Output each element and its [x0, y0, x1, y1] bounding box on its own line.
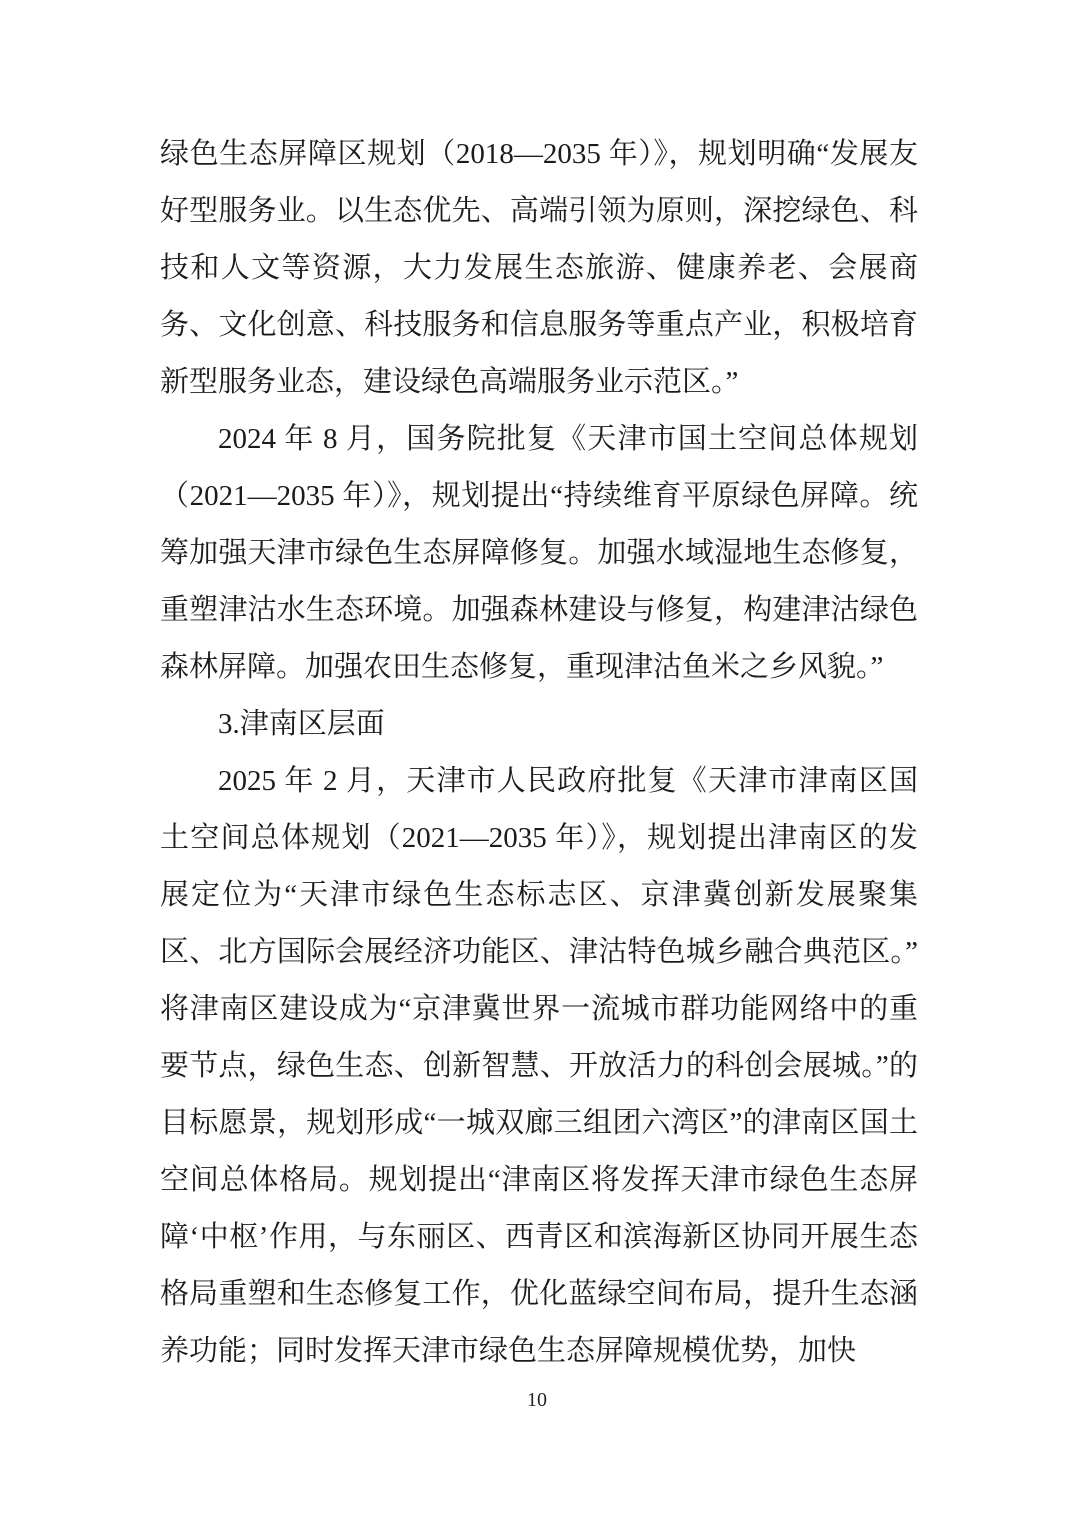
page-body-text: 绿色生态屏障区规划（2018—2035 年）》，规划明确“发展友好型服务业。以生…	[160, 126, 918, 1380]
paragraph-continuation: 绿色生态屏障区规划（2018—2035 年）》，规划明确“发展友好型服务业。以生…	[160, 126, 918, 411]
paragraph-2025-approval: 2025 年 2 月，天津市人民政府批复《天津市津南区国土空间总体规划（2021…	[160, 753, 918, 1380]
section-heading-jinnan-district: 3.津南区层面	[160, 696, 918, 753]
page-number: 10	[527, 1389, 547, 1411]
document-page: 绿色生态屏障区规划（2018—2035 年）》，规划明确“发展友好型服务业。以生…	[0, 0, 1074, 1520]
page-footer: 10	[0, 1386, 1074, 1414]
paragraph-2024-approval: 2024 年 8 月，国务院批复《天津市国土空间总体规划（2021—2035 年…	[160, 411, 918, 696]
